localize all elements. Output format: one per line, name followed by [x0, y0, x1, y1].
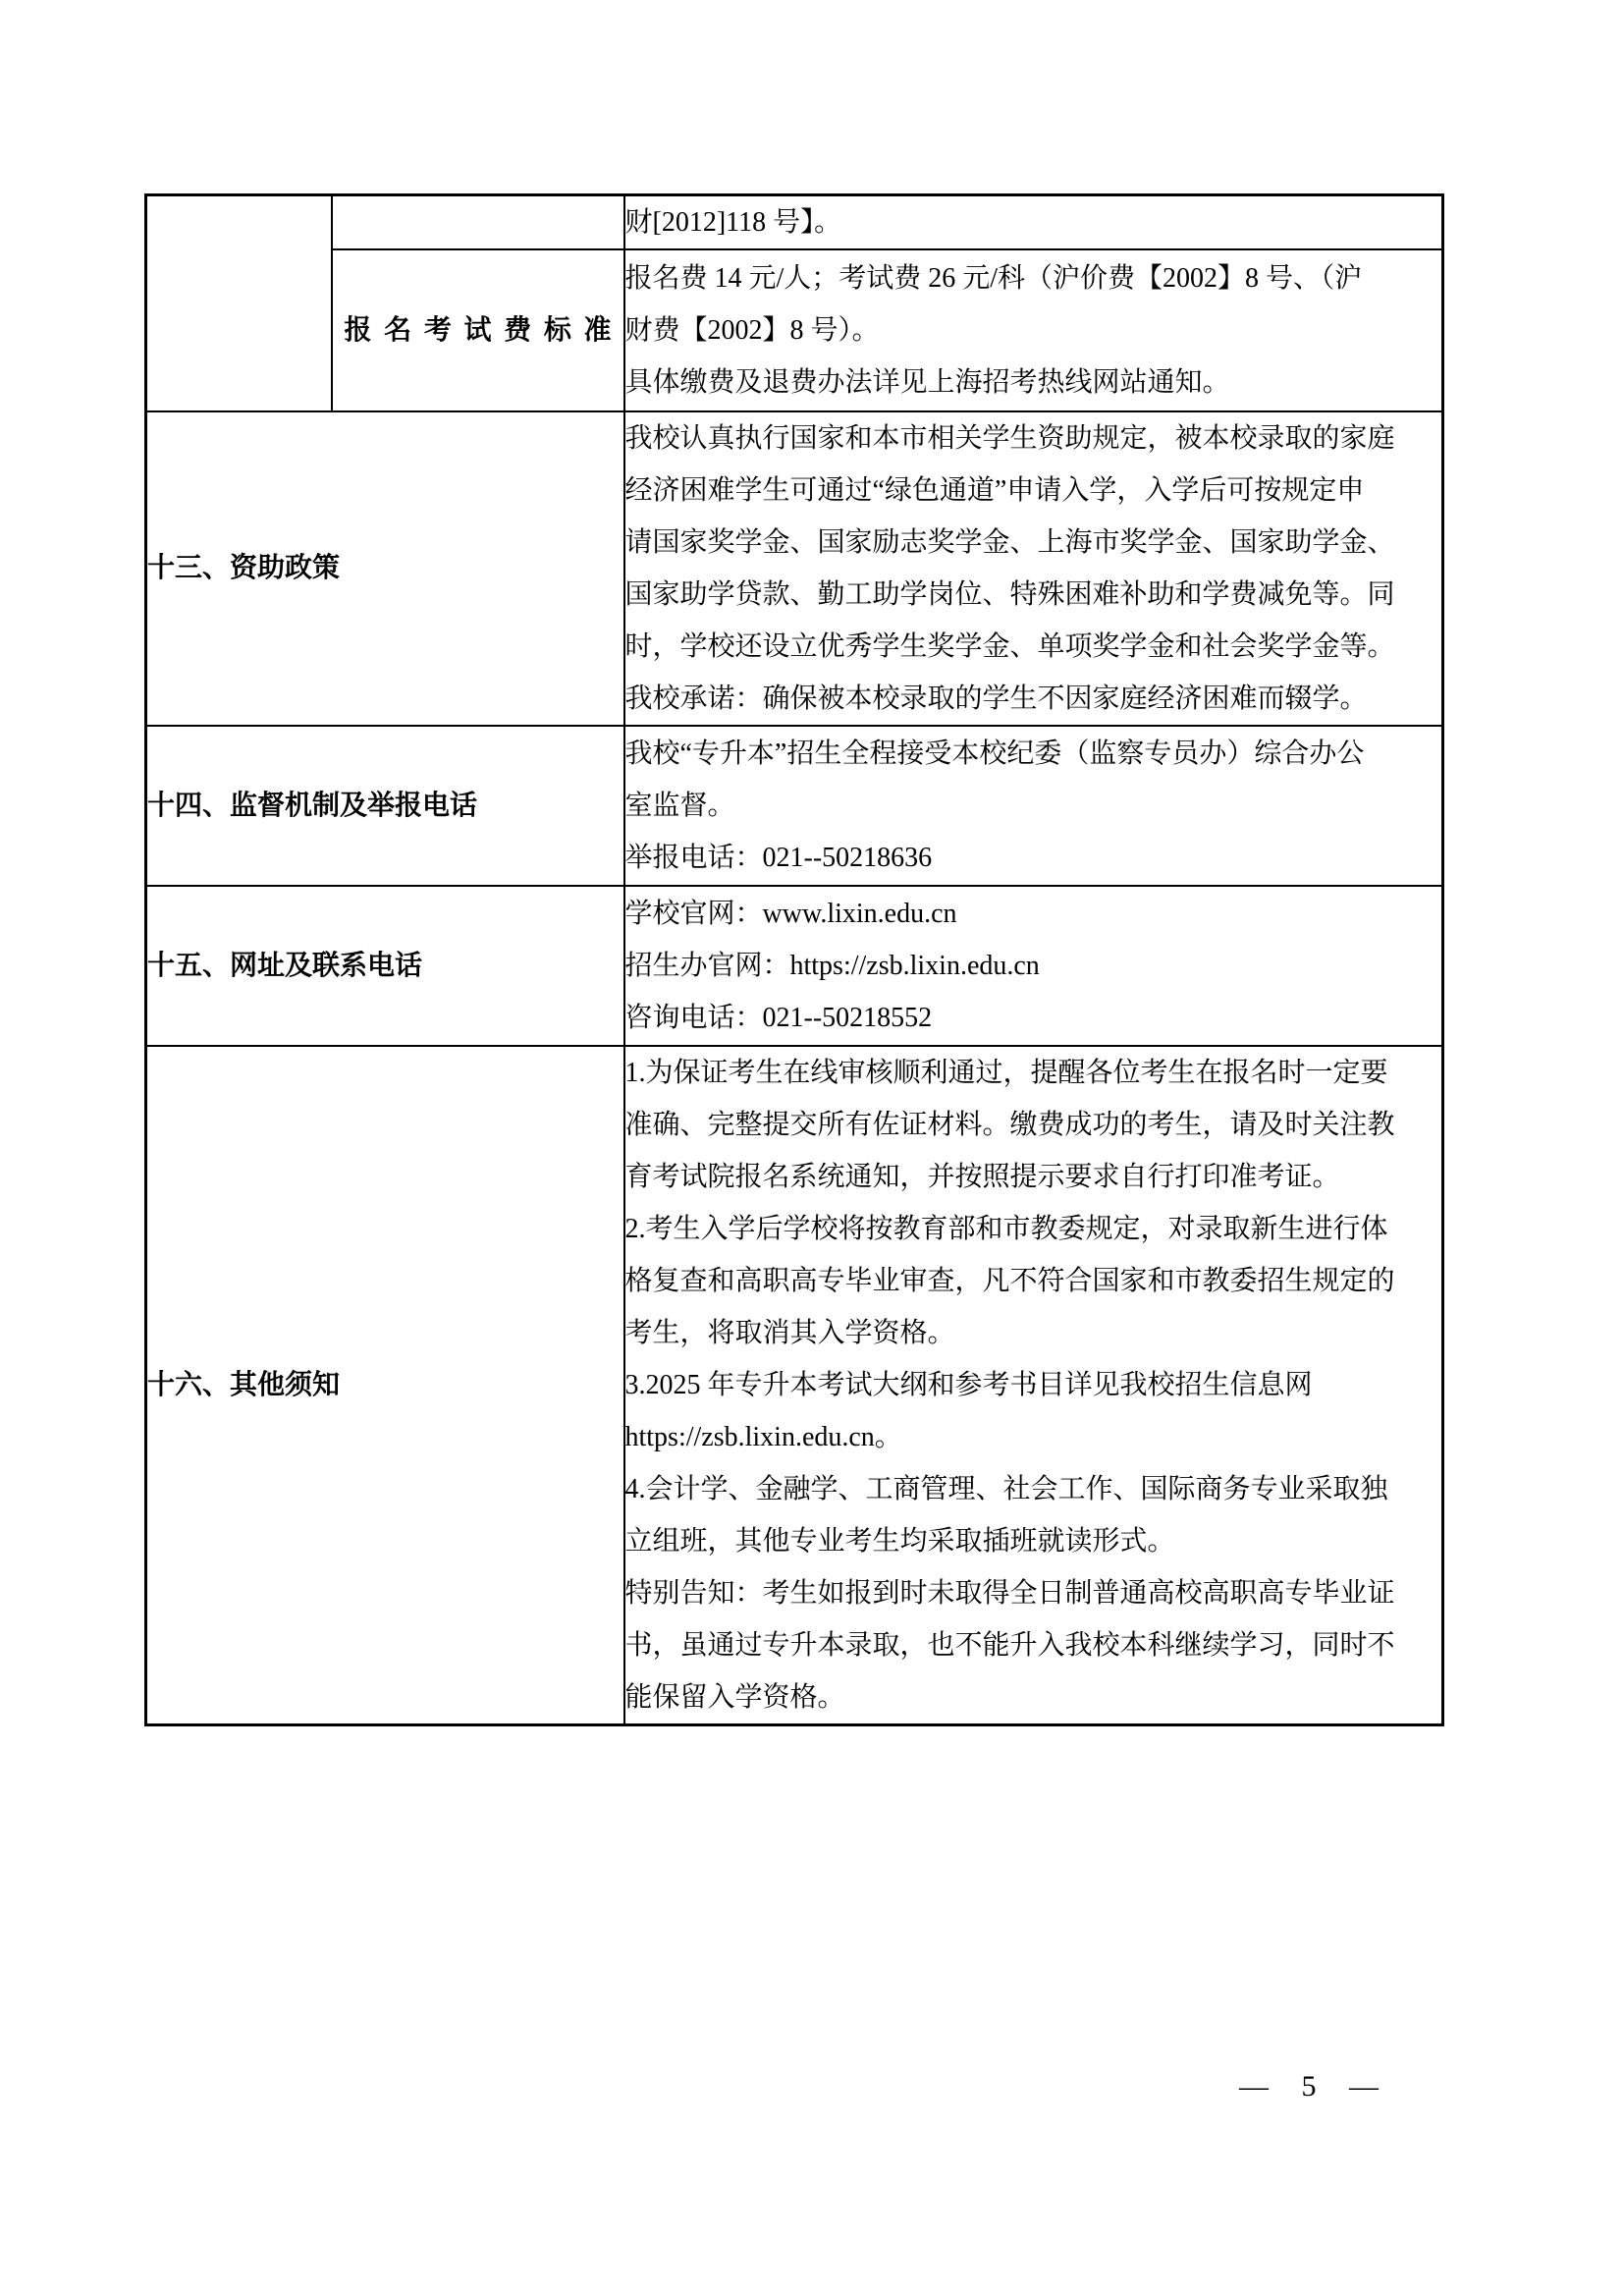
table-row-website-contact: 十五、网址及联系电话 学校官网：www.lixin.edu.cn招生办官网：ht…	[146, 886, 1443, 1046]
supervision-content-cell: 我校“专升本”招生全程接受本校纪委（监察专员办）综合办公室监督。举报电话：021…	[624, 726, 1443, 886]
text-line: 考生，将取消其入学资格。	[625, 1307, 1442, 1359]
admissions-info-table: 财[2012]118 号】。 报名考试费标准 报名费 14 元/人；考试费 26…	[144, 193, 1444, 1726]
text-line: 请国家奖学金、国家励志奖学金、上海市奖学金、国家助学金、	[625, 517, 1442, 569]
text-line: 我校承诺：确保被本校录取的学生不因家庭经济困难而辍学。	[625, 673, 1442, 725]
other-notes-content-cell: 1.为保证考生在线审核顺利通过，提醒各位考生在报名时一定要准确、完整提交所有佐证…	[624, 1046, 1443, 1725]
text-line: 学校官网：www.lixin.edu.cn	[625, 888, 1442, 940]
text-line: 举报电话：021--50218636	[625, 832, 1442, 884]
text-line: 招生办官网：https://zsb.lixin.edu.cn	[625, 940, 1442, 992]
text-line: 国家助学贷款、勤工助学岗位、特殊困难补助和学费减免等。同	[625, 569, 1442, 621]
text-line: 4.会计学、金融学、工商管理、社会工作、国际商务专业采取独	[625, 1463, 1442, 1515]
text-line: 育考试院报名系统通知，并按照提示要求自行打印准考证。	[625, 1151, 1442, 1203]
text-line: 报名费 14 元/人；考试费 26 元/科（沪价费【2002】8 号、（沪	[625, 252, 1442, 304]
text-line: 室监督。	[625, 780, 1442, 832]
table-row-funding-policy: 十三、资助政策 我校认真执行国家和本市相关学生资助规定，被本校录取的家庭经济困难…	[146, 411, 1443, 726]
fee-note-content-cell: 财[2012]118 号】。	[624, 195, 1443, 250]
text-line: 2.考生入学后学校将按教育部和市教委规定，对录取新生进行体	[625, 1203, 1442, 1255]
text-line: 书，虽通过专升本录取，也不能升入我校本科继续学习，同时不	[625, 1619, 1442, 1671]
text-line: 经济困难学生可通过“绿色通道”申请入学，入学后可按规定申	[625, 465, 1442, 517]
text-line: 具体缴费及退费办法详见上海招考热线网站通知。	[625, 356, 1442, 409]
text-line: 我校认真执行国家和本市相关学生资助规定，被本校录取的家庭	[625, 412, 1442, 465]
document-page: 财[2012]118 号】。 报名考试费标准 报名费 14 元/人；考试费 26…	[0, 0, 1623, 2296]
empty-label-cell	[332, 195, 624, 250]
text-line: 财费【2002】8 号）。	[625, 304, 1442, 356]
table-row-fee-note-continued: 财[2012]118 号】。	[146, 195, 1443, 250]
table-row-exam-fee-standard: 报名考试费标准 报名费 14 元/人；考试费 26 元/科（沪价费【2002】8…	[146, 249, 1443, 411]
website-contact-content-cell: 学校官网：www.lixin.edu.cn招生办官网：https://zsb.l…	[624, 886, 1443, 1046]
text-line: 格复查和高职高专毕业审查，凡不符合国家和市教委招生规定的	[625, 1255, 1442, 1307]
website-contact-label: 十五、网址及联系电话	[146, 886, 624, 1046]
page-number: — 5 —	[1239, 2070, 1379, 2104]
text-line: 立组班，其他专业考生均采取插班就读形式。	[625, 1515, 1442, 1567]
other-notes-label: 十六、其他须知	[146, 1046, 624, 1725]
supervision-label: 十四、监督机制及举报电话	[146, 726, 624, 886]
text-line: 能保留入学资格。	[625, 1671, 1442, 1723]
table-row-supervision: 十四、监督机制及举报电话 我校“专升本”招生全程接受本校纪委（监察专员办）综合办…	[146, 726, 1443, 886]
text-line: 1.为保证考生在线审核顺利通过，提醒各位考生在报名时一定要	[625, 1047, 1442, 1099]
text-line: 财[2012]118 号】。	[625, 196, 1442, 248]
table-row-other-notes: 十六、其他须知 1.为保证考生在线审核顺利通过，提醒各位考生在报名时一定要准确、…	[146, 1046, 1443, 1725]
text-line: 我校“专升本”招生全程接受本校纪委（监察专员办）综合办公	[625, 728, 1442, 780]
text-line: 咨询电话：021--50218552	[625, 992, 1442, 1044]
text-line: 准确、完整提交所有佐证材料。缴费成功的考生，请及时关注教	[625, 1099, 1442, 1151]
exam-fee-standard-content-cell: 报名费 14 元/人；考试费 26 元/科（沪价费【2002】8 号、（沪财费【…	[624, 249, 1443, 411]
text-line: 时，学校还设立优秀学生奖学金、单项奖学金和社会奖学金等。	[625, 621, 1442, 673]
text-line: 特别告知：考生如报到时未取得全日制普通高校高职高专毕业证	[625, 1567, 1442, 1619]
merged-stub-cell	[146, 195, 332, 412]
text-line: https://zsb.lixin.edu.cn。	[625, 1411, 1442, 1463]
text-line: 3.2025 年专升本考试大纲和参考书目详见我校招生信息网	[625, 1359, 1442, 1411]
funding-policy-label: 十三、资助政策	[146, 411, 624, 726]
exam-fee-standard-label: 报名考试费标准	[332, 249, 624, 411]
funding-policy-content-cell: 我校认真执行国家和本市相关学生资助规定，被本校录取的家庭经济困难学生可通过“绿色…	[624, 411, 1443, 726]
